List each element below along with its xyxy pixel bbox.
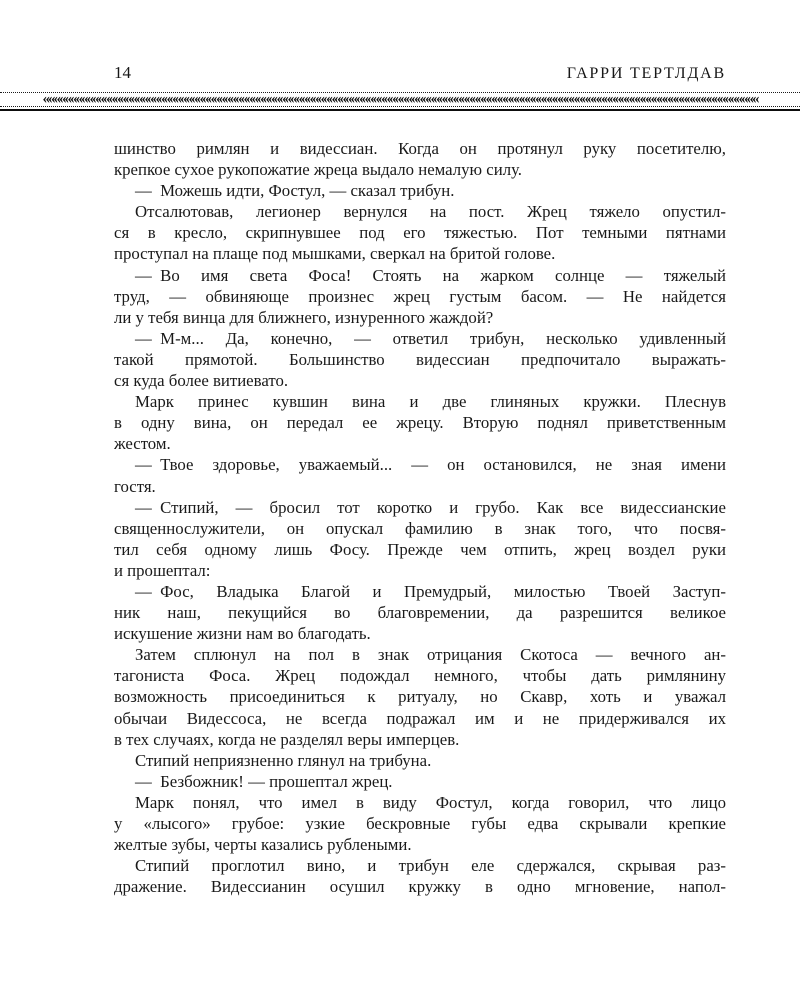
- paragraph: Отсалютовав, легионер вернулся на пост. …: [114, 201, 726, 264]
- text-line: искушение жизни нам во благодать.: [114, 623, 726, 644]
- running-title: ГАРРИ ТЕРТЛДАВ: [567, 65, 726, 83]
- book-page: 14 ГАРРИ ТЕРТЛДАВ ««««««««««««««««««««««…: [0, 0, 800, 1000]
- text-line: и прошептал:: [114, 560, 726, 581]
- text-line: обычаи Видессоса, не всегда подражал им …: [114, 708, 726, 729]
- text-line: Марк принес кувшин вина и две глиняных к…: [114, 391, 726, 412]
- text-line: дражение. Видессианин осушил кружку в од…: [114, 876, 726, 897]
- text-line: — Фос, Владыка Благой и Премудрый, милос…: [114, 581, 726, 602]
- paragraph: — Можешь идти, Фостул, — сказал трибун.: [114, 180, 726, 201]
- paragraph: Стипий неприязненно глянул на трибуна.: [114, 750, 726, 771]
- text-line: Марк понял, что имел в виду Фостул, когд…: [114, 792, 726, 813]
- text-line: труд, — обвиняюще произнес жрец густым б…: [114, 286, 726, 307]
- paragraph: — М-м... Да, конечно, — ответил трибун, …: [114, 328, 726, 391]
- text-line: ся в кресло, скрипнувшее под его тяжесть…: [114, 222, 726, 243]
- text-line: Отсалютовав, легионер вернулся на пост. …: [114, 201, 726, 222]
- text-line: — М-м... Да, конечно, — ответил трибун, …: [114, 328, 726, 349]
- text-line: Стипий неприязненно глянул на трибуна.: [114, 750, 726, 771]
- paragraph: — Твое здоровье, уважаемый... — он остан…: [114, 454, 726, 496]
- paragraph: — Стипий, — бросил тот коротко и грубо. …: [114, 497, 726, 581]
- text-line: священнослужители, он опускал фамилию в …: [114, 518, 726, 539]
- text-line: возможность присоединиться к ритуалу, но…: [114, 686, 726, 707]
- ornament-band: ««««««««««««««««««««««««««««««««««««««««…: [0, 92, 800, 111]
- text-line: проступал на плаще под мышками, сверкал …: [114, 243, 726, 264]
- text-line: ник наш, пекущийся во благовремении, да …: [114, 602, 726, 623]
- body-text: шинство римлян и видессиан. Когда он про…: [114, 138, 726, 897]
- text-line: — Можешь идти, Фостул, — сказал трибун.: [114, 180, 726, 201]
- text-line: у «лысого» грубое: узкие бескровные губы…: [114, 813, 726, 834]
- text-line: крепкое сухое рукопожатие жреца выдало н…: [114, 159, 726, 180]
- paragraph: — Во имя света Фоса! Стоять на жарком со…: [114, 265, 726, 328]
- paragraph: Марк понял, что имел в виду Фостул, когд…: [114, 792, 726, 855]
- text-line: Стипий проглотил вино, и трибун еле сдер…: [114, 855, 726, 876]
- paragraph: — Фос, Владыка Благой и Премудрый, милос…: [114, 581, 726, 644]
- text-line: Затем сплюнул на пол в знак отрицания Ск…: [114, 644, 726, 665]
- page-number: 14: [114, 63, 131, 83]
- text-line: такой прямотой. Большинство видессиан пр…: [114, 349, 726, 370]
- chevron-pattern-icon: ««««««««««««««««««««««««««««««««««««««««…: [0, 92, 800, 107]
- paragraph: Затем сплюнул на пол в знак отрицания Ск…: [114, 644, 726, 749]
- paragraph: шинство римлян и видессиан. Когда он про…: [114, 138, 726, 180]
- paragraph: Стипий проглотил вино, и трибун еле сдер…: [114, 855, 726, 897]
- text-line: — Во имя света Фоса! Стоять на жарком со…: [114, 265, 726, 286]
- text-line: гостя.: [114, 476, 726, 497]
- text-line: ли у тебя винца для ближнего, изнуренног…: [114, 307, 726, 328]
- text-line: в одну вина, он передал ее жрецу. Вторую…: [114, 412, 726, 433]
- text-line: — Твое здоровье, уважаемый... — он остан…: [114, 454, 726, 475]
- text-line: желтые зубы, черты казались рублеными.: [114, 834, 726, 855]
- ornament-rule: [0, 109, 800, 111]
- text-line: тил себя одному лишь Фосу. Прежде чем от…: [114, 539, 726, 560]
- paragraph: — Безбожник! — прошептал жрец.: [114, 771, 726, 792]
- paragraph: Марк принес кувшин вина и две глиняных к…: [114, 391, 726, 454]
- page-header: 14 ГАРРИ ТЕРТЛДАВ: [114, 63, 726, 83]
- text-line: — Стипий, — бросил тот коротко и грубо. …: [114, 497, 726, 518]
- text-line: ся куда более витиевато.: [114, 370, 726, 391]
- text-line: тагониста Фоса. Жрец подождал немного, ч…: [114, 665, 726, 686]
- text-line: в тех случаях, когда не разделял веры им…: [114, 729, 726, 750]
- text-line: жестом.: [114, 433, 726, 454]
- text-line: шинство римлян и видессиан. Когда он про…: [114, 138, 726, 159]
- text-line: — Безбожник! — прошептал жрец.: [114, 771, 726, 792]
